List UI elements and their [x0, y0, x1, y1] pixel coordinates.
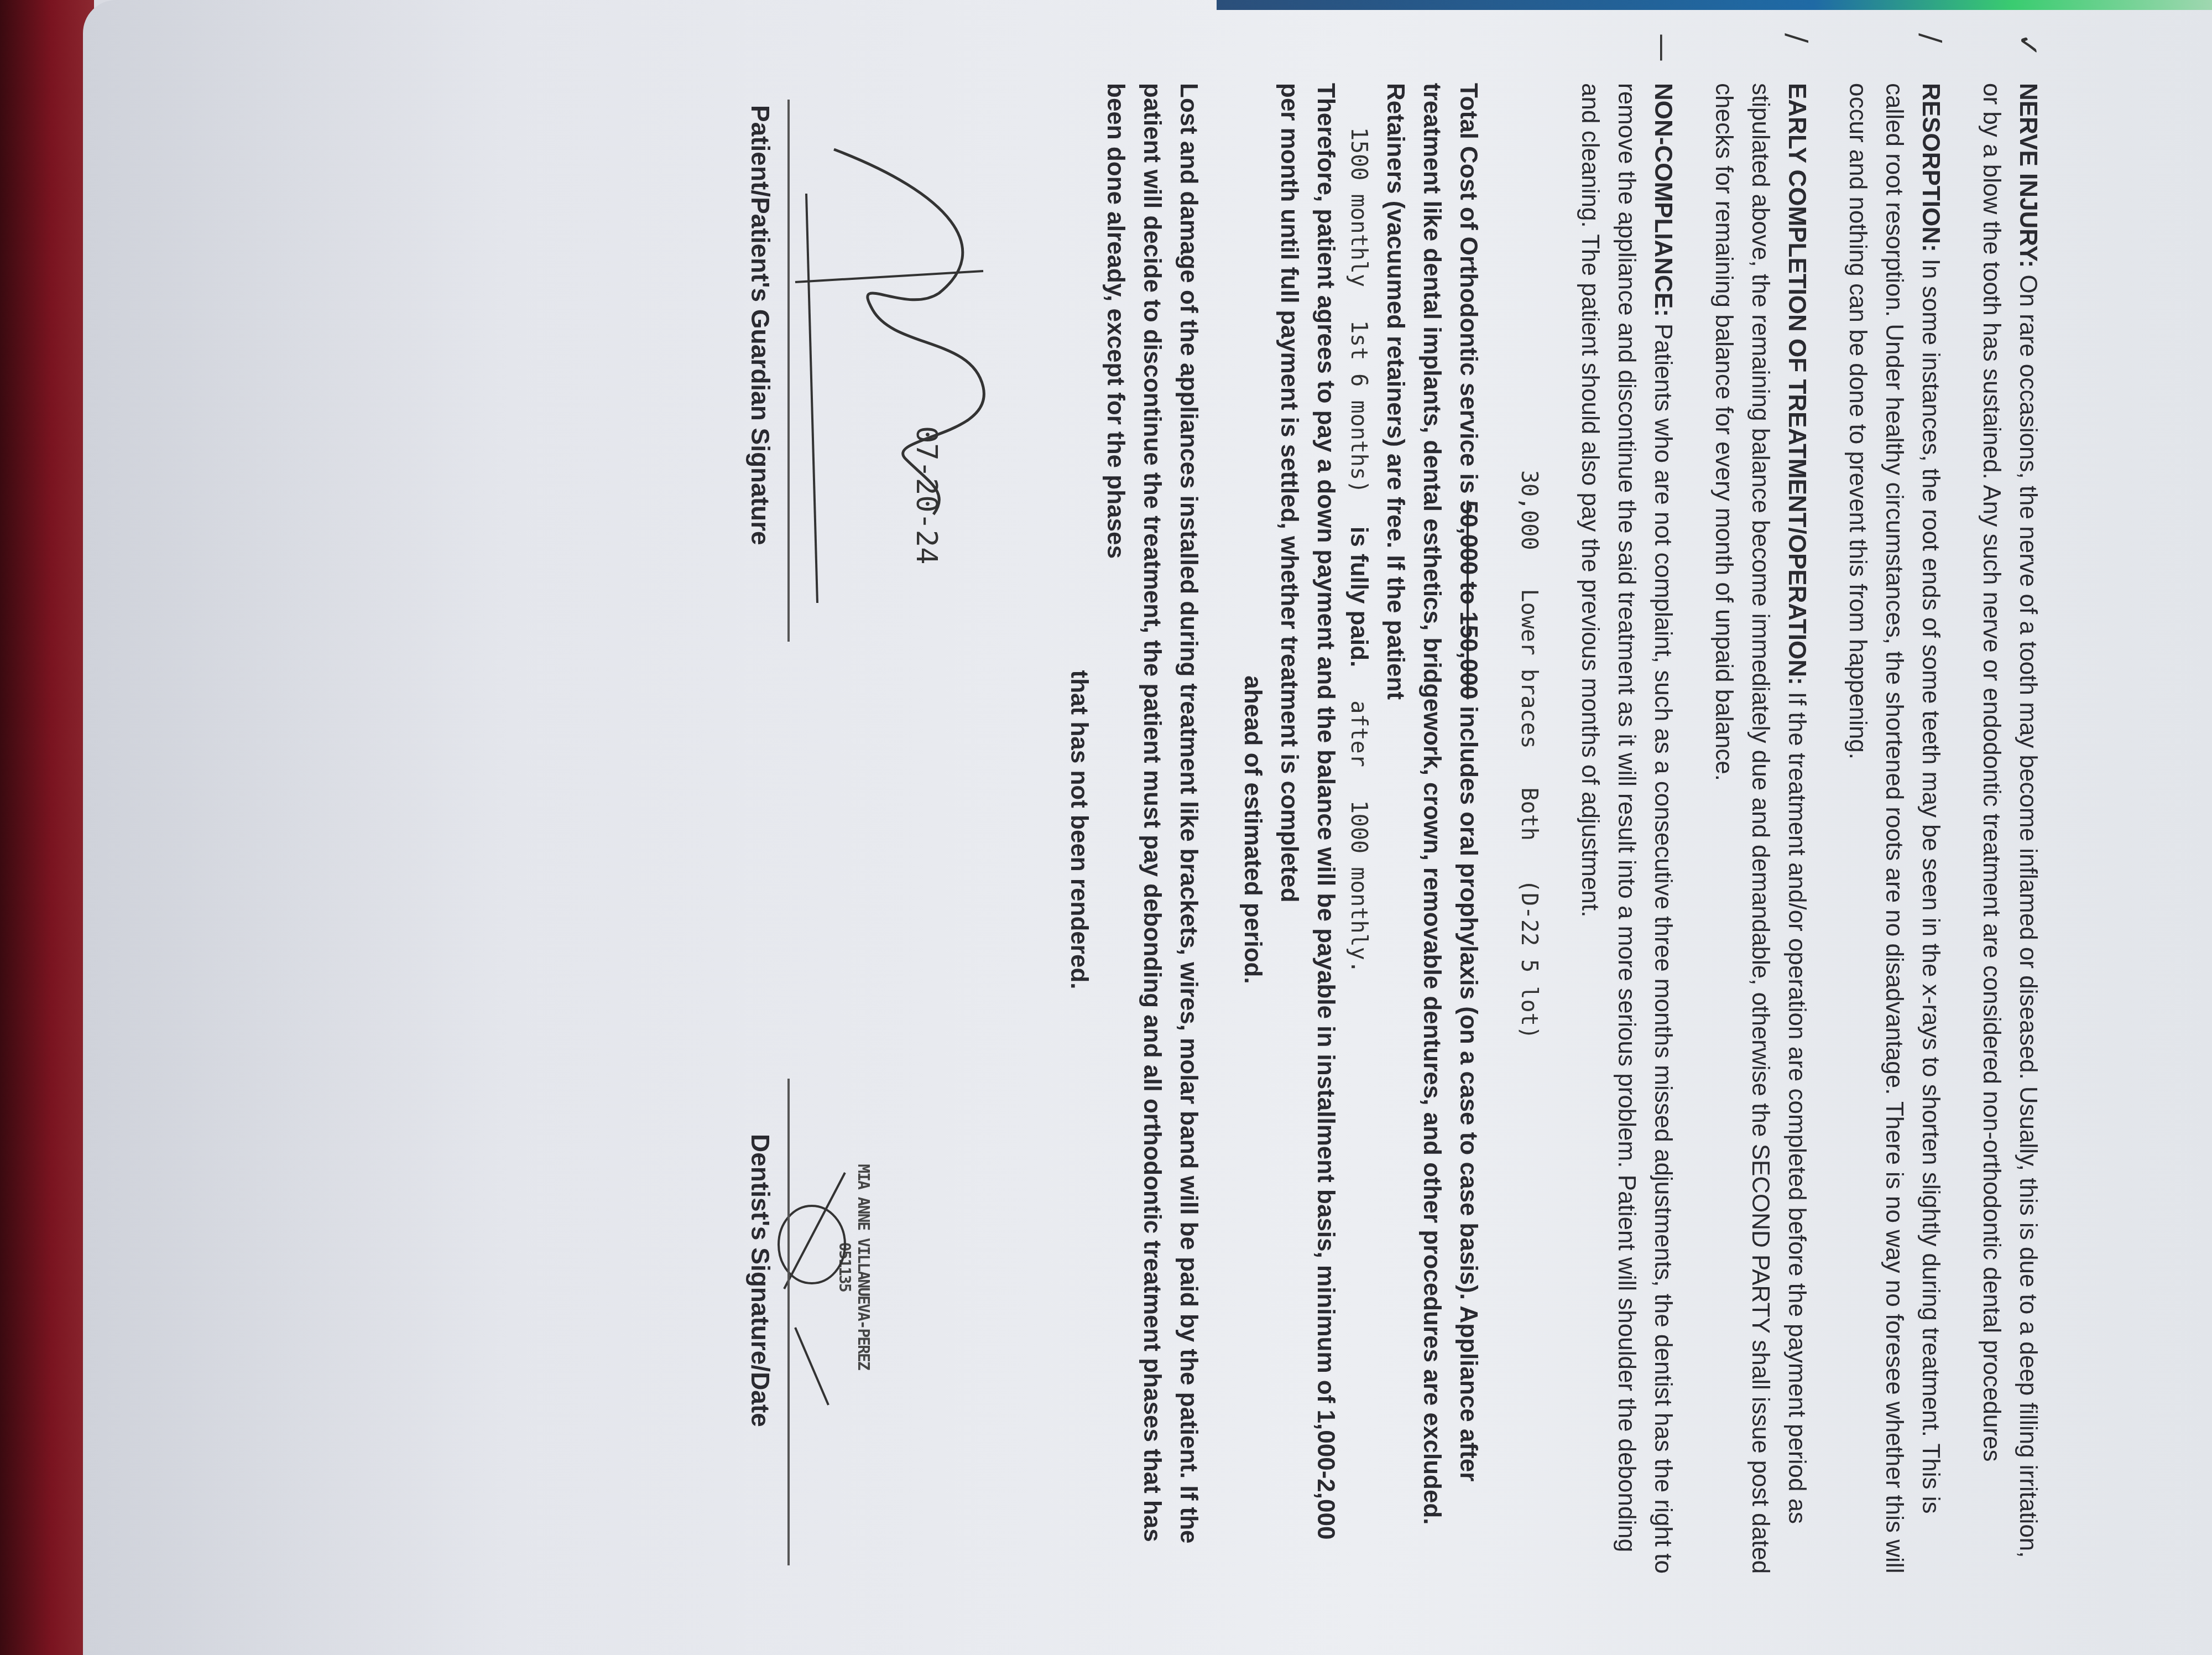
handwritten-extra: (D-22 5 lot): [1509, 879, 1547, 1039]
section-nerve-injury: ✓ NERVE INJURY: On rare occasions, the n…: [1973, 83, 2046, 1576]
lost-damage-clause: Lost and damage of the appliances instal…: [1097, 83, 1207, 1576]
check-mark-icon: ✓: [2010, 33, 2046, 58]
installment-text: Therefore, patient agrees to pay a down …: [1276, 83, 1339, 1539]
section-resorption: / RESORPTION: In some instances, the roo…: [1839, 83, 1949, 1576]
lost-damage-tail: that has not been rendered.: [1061, 83, 1097, 1576]
background-top-strip: [1217, 0, 2212, 10]
document-page: ✓ NERVE INJURY: On rare occasions, the n…: [387, 83, 2046, 1576]
patient-signature-scribble: [784, 127, 1016, 625]
lost-damage-text: Lost and damage of the appliances instal…: [1102, 83, 1202, 1544]
handwritten-price: 30,000: [1509, 470, 1547, 550]
cost-clause: Total Cost of Orthodontic service is 50,…: [1377, 83, 1486, 1576]
handwritten-installment-note: 1500 monthly 1st 6 months) is fully paid…: [1344, 83, 1377, 1576]
section-non-compliance: — NON-COMPLIANCE: Patients who are not c…: [1572, 83, 1681, 1576]
struck-amount: 50,000 to 150,000: [1455, 501, 1482, 700]
section-heading: NERVE INJURY:: [2015, 83, 2042, 268]
check-mark-icon: /: [1778, 33, 1815, 43]
handwritten-first-6-months: 1st 6 months): [1344, 320, 1377, 493]
patient-signature-line: [787, 100, 790, 642]
fully-paid-text: is fully paid.: [1344, 527, 1377, 667]
ahead-text: ahead of estimated period.: [1234, 83, 1271, 1576]
check-mark-icon: /: [1912, 33, 1949, 43]
handwritten-monthly-after: 1000 monthly.: [1344, 800, 1377, 974]
dentist-signature-label: Dentist's Signature/Date: [742, 1134, 779, 1427]
section-early-completion: / EARLY COMPLETION OF TREATMENT/OPERATIO…: [1705, 83, 1815, 1576]
patient-signature-date: 07-20-24: [908, 426, 945, 564]
handwritten-price-note: 30,000 Lower braces Both (D-22 5 lot): [1509, 83, 1547, 1576]
handwritten-both: Both: [1509, 787, 1547, 840]
section-text: On rare occasions, the nerve of a tooth …: [1978, 83, 2042, 1558]
handwritten-after: after: [1344, 700, 1377, 767]
section-heading: RESORPTION:: [1917, 83, 1944, 252]
dentist-signature-scribble: [773, 1162, 895, 1416]
signature-area: 07-20-24 Patient/Patient's Guardian Sign…: [640, 83, 1027, 1576]
installment-clause: Therefore, patient agrees to pay a down …: [1271, 83, 1344, 1576]
background-red-surface: [0, 0, 94, 1655]
section-text: In some instances, the root ends of some…: [1844, 83, 1944, 1573]
patient-signature-label: Patient/Patient's Guardian Signature: [742, 105, 779, 545]
dentist-signature-line: [787, 1079, 790, 1565]
check-mark-icon: —: [1645, 33, 1681, 62]
handwritten-braces-type: Lower braces: [1509, 589, 1547, 749]
section-heading: NON-COMPLIANCE:: [1650, 83, 1677, 317]
handwritten-monthly-first: 1500 monthly: [1344, 127, 1377, 287]
cost-prefix: Total Cost of Orthodontic service is: [1455, 83, 1482, 501]
section-heading: EARLY COMPLETION OF TREATMENT/OPERATION:: [1783, 83, 1811, 685]
